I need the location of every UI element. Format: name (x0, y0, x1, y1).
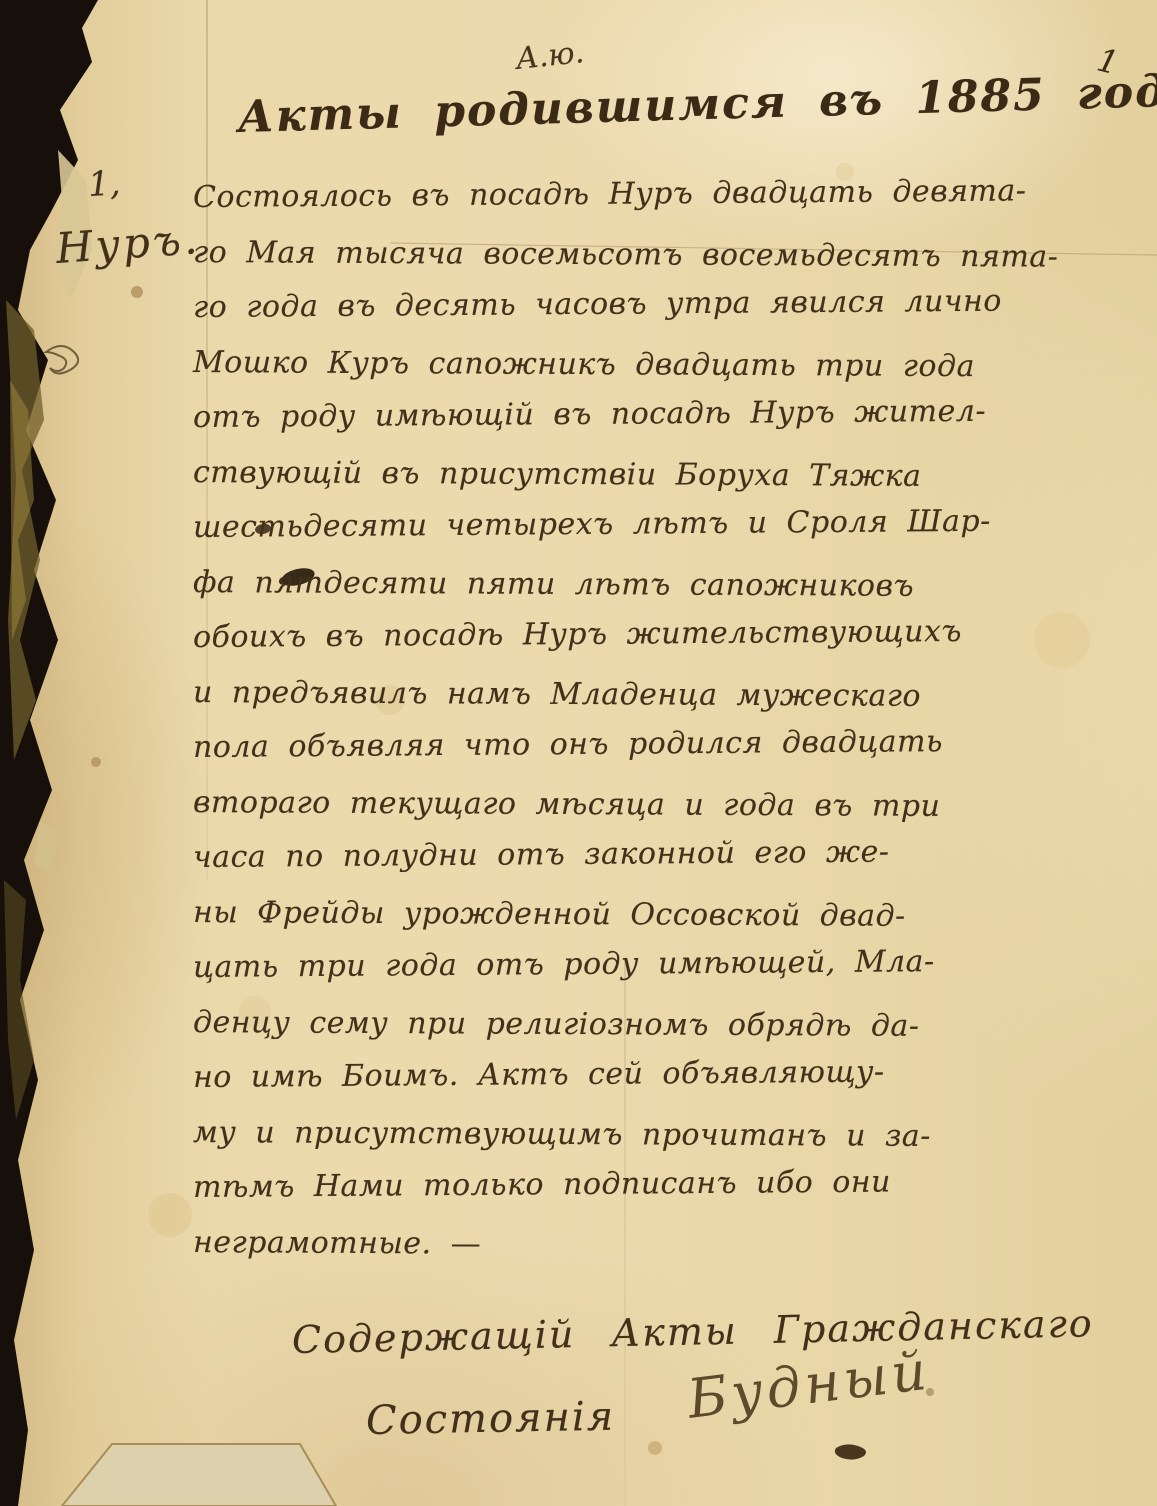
body-line: го Мая тысяча восемьсотъ восемьдесятъ пя… (193, 235, 1151, 275)
ink-blot-signature (835, 1444, 866, 1459)
binding-highlight-patch (10, 380, 34, 640)
margin-place-name: Нуръ. (54, 214, 201, 273)
body-line: Состоялось въ посадѣ Нуръ двадцать девят… (193, 172, 1151, 215)
body-line: неграмотные. — (193, 1225, 1151, 1265)
body-line: тѣмъ Нами только подписанъ ибо они (193, 1162, 1151, 1205)
body-line: втораго текущаго мѣсяца и года въ три (193, 785, 1151, 825)
torn-paper-chip-2 (34, 820, 58, 872)
age-spot (148, 1193, 192, 1237)
body-line: фа пятдесяти пяти лѣтъ сапожниковъ (193, 565, 1151, 605)
body-line: и предъявилъ намъ Младенца мужескаго (193, 675, 1151, 715)
age-spot (91, 757, 101, 767)
body-line: го года въ десять часовъ утра явился лич… (193, 282, 1151, 325)
body-line: ствующій въ присутствіи Боруха Тяжка (193, 455, 1151, 495)
page-title: Акты родившимся въ 1885 году. (237, 65, 1157, 143)
body-line: отъ роду имѣющій въ посадѣ Нуръ жител- (193, 392, 1151, 435)
body-line: обоихъ въ посадѣ Нуръ жительствующихъ (193, 612, 1151, 655)
age-spot (131, 286, 143, 298)
body-line: Мошко Куръ сапожникъ двадцать три года (193, 345, 1151, 385)
body-line: пола объявляя что онъ родился двадцать (193, 722, 1151, 765)
paper-curl-mark (46, 346, 78, 374)
closing-title-line-2: Состоянія (366, 1394, 616, 1444)
body-line: ны Фрейды урожденной Оссовской двад- (193, 895, 1151, 935)
body-line: шестьдесяти четырехъ лѣтъ и Сроля Шар- (193, 502, 1151, 545)
scanned-register-page: { "document": { "type": "handwritten civ… (0, 0, 1157, 1506)
body-line: цать три года отъ роду имѣющей, Мла- (193, 942, 1151, 985)
binding-lower-patch (4, 880, 34, 1120)
closing-title-line: Содержащій Акты Гражданскаго (292, 1301, 1095, 1362)
body-line: му и присутствующимъ прочитанъ и за- (193, 1115, 1151, 1155)
margin-entry-number: 1, (87, 163, 122, 205)
body-line: денцу сему при религіозномъ обрядѣ да- (193, 1005, 1151, 1045)
binding-olive-patch (6, 300, 44, 760)
body-line: часа по полудни отъ законной его же- (193, 832, 1151, 875)
top-mark: А.ю. (514, 35, 585, 77)
age-spot (648, 1441, 662, 1455)
bottom-page-fold (62, 1444, 336, 1506)
body-line: но имѣ Боимъ. Актъ сей объявляющу- (193, 1052, 1151, 1095)
